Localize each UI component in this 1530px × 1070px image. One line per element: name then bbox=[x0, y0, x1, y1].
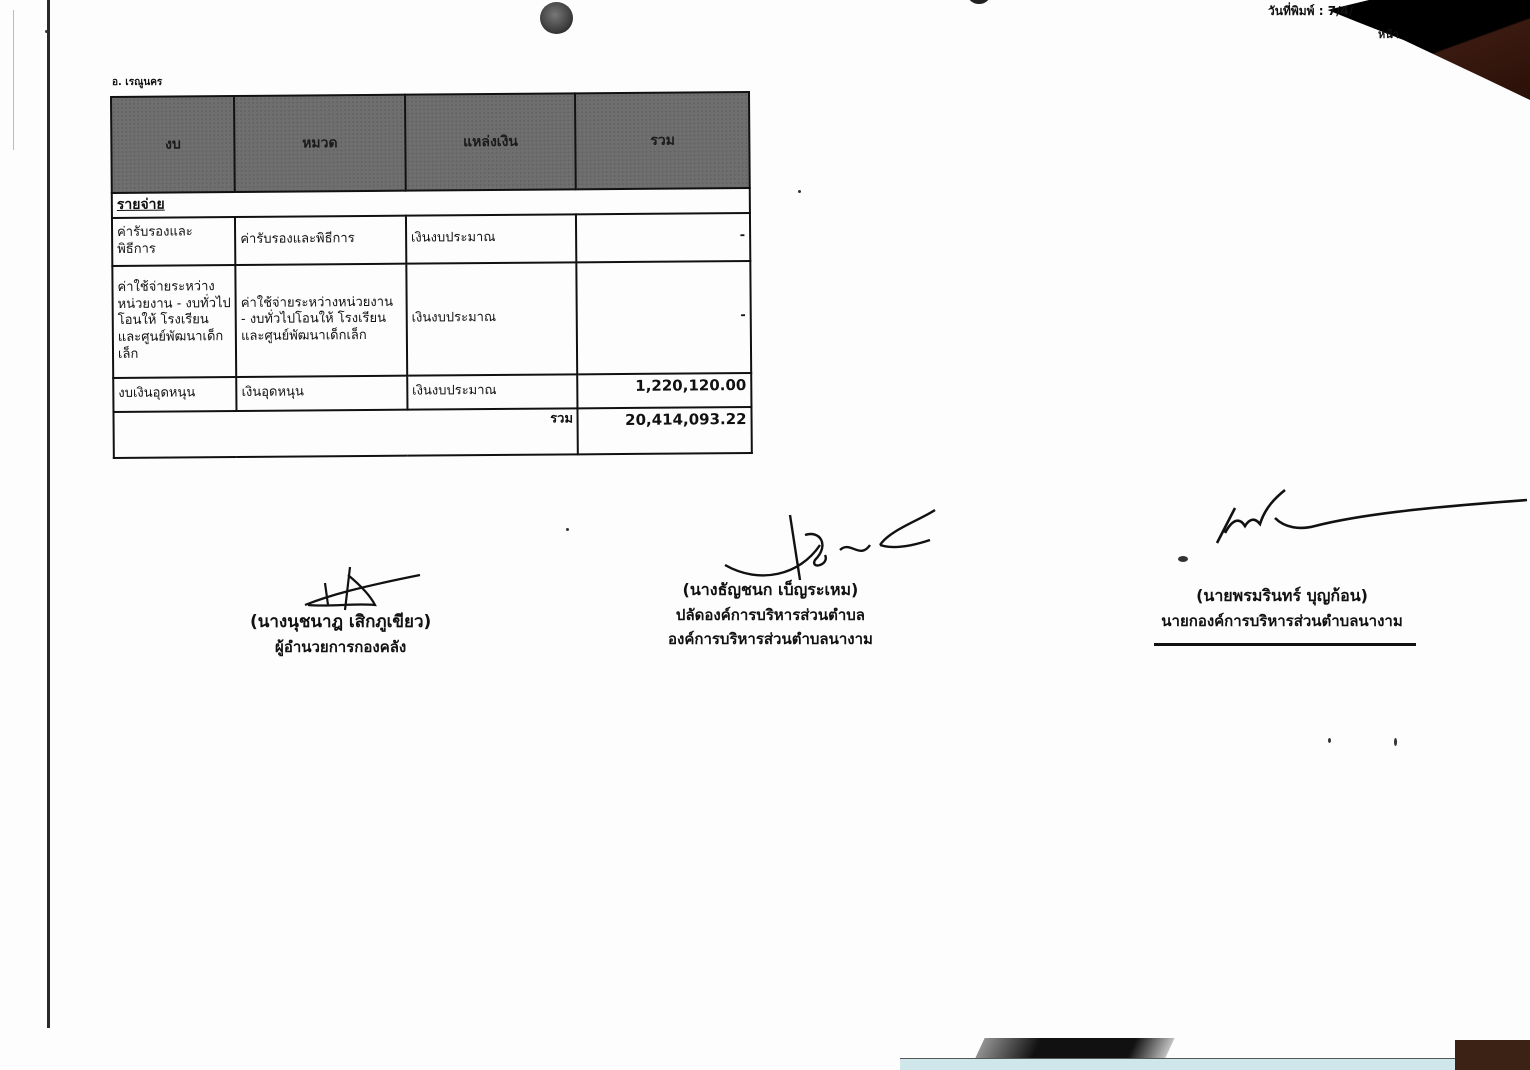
cell-total: - bbox=[577, 261, 751, 374]
cell-source: เงินงบประมาณ bbox=[406, 214, 577, 263]
signature-block-chief-administrator: (นางธัญชนก เบ็ญระเหม) ปลัดองค์การบริหารส… bbox=[668, 578, 873, 651]
background-surface bbox=[1455, 1040, 1530, 1070]
district-label: อ. เรณูนคร bbox=[112, 75, 162, 90]
budget-table: งบ หมวด แหล่งเงิน รวม รายจ่าย ค่ารับรองแ… bbox=[110, 91, 753, 459]
scan-speck bbox=[1328, 738, 1331, 743]
scan-edge-line bbox=[13, 10, 14, 150]
cell-total: 1,220,120.00 bbox=[578, 373, 752, 408]
cell-category: ค่าใช้จ่ายระหว่างหน่วยงาน - งบทั่วไปโอนใ… bbox=[236, 264, 407, 377]
header-budget: งบ bbox=[111, 96, 235, 193]
signer-name: (นายพรมรินทร์ บุญก้อน) bbox=[1148, 584, 1416, 609]
scan-speck bbox=[45, 30, 48, 33]
table-row: งบเงินอุดหนุน เงินอุดหนุน เงินงบประมาณ 1… bbox=[113, 373, 751, 412]
cell-category: เงินอุดหนุน bbox=[236, 376, 407, 411]
cell-source: เงินงบประมาณ bbox=[407, 374, 578, 409]
signer-name: (นางนุชนาฎ เสิกภูเขียว) bbox=[250, 608, 431, 635]
punch-hole bbox=[540, 2, 573, 34]
cell-budget: ค่าใช้จ่ายระหว่างหน่วยงาน - งบทั่วไปโอนใ… bbox=[112, 265, 236, 378]
page-left-edge bbox=[47, 0, 50, 1028]
page-number: หน้า bbox=[1378, 25, 1399, 43]
grand-total-value: 20,414,093.22 bbox=[578, 407, 752, 454]
header-category: หมวด bbox=[234, 95, 405, 192]
signature-stroke bbox=[720, 505, 940, 585]
header-source: แหล่งเงิน bbox=[405, 93, 576, 190]
cell-budget: ค่ารับรองและพิธีการ bbox=[112, 217, 236, 266]
header-total: รวม bbox=[575, 92, 749, 189]
cell-source: เงินงบประมาณ bbox=[406, 262, 578, 375]
signer-title: ปลัดองค์การบริหารส่วนตำบล bbox=[668, 603, 873, 627]
grand-total-row: รวม 20,414,093.22 bbox=[113, 407, 751, 458]
print-date: วันที่พิมพ์ : 7/4/ bbox=[1268, 2, 1353, 21]
page-shadow bbox=[975, 1038, 1174, 1058]
grand-total-label: รวม bbox=[113, 408, 578, 458]
table-header-row: งบ หมวด แหล่งเงิน รวม bbox=[111, 92, 750, 193]
scan-speck bbox=[798, 190, 801, 193]
signer-title: ผู้อำนวยการกองคลัง bbox=[250, 635, 431, 659]
signature-stroke bbox=[1215, 488, 1530, 548]
scan-speck bbox=[1394, 738, 1397, 746]
title-underline bbox=[1154, 643, 1416, 646]
signer-name: (นางธัญชนก เบ็ญระเหม) bbox=[668, 578, 873, 603]
section-label-expenses: รายจ่าย bbox=[117, 197, 165, 213]
punch-hole bbox=[968, 0, 990, 4]
signer-organization: องค์การบริหารส่วนตำบลนางาม bbox=[668, 627, 873, 651]
signature-block-finance-director: (นางนุชนาฎ เสิกภูเขียว) ผู้อำนวยการกองคล… bbox=[250, 608, 431, 659]
cell-category: ค่ารับรองและพิธีการ bbox=[235, 216, 406, 265]
scan-speck bbox=[566, 528, 569, 531]
table-row: ค่าใช้จ่ายระหว่างหน่วยงาน - งบทั่วไปโอนใ… bbox=[112, 261, 751, 378]
signature-block-mayor: (นายพรมรินทร์ บุญก้อน) นายกองค์การบริหาร… bbox=[1148, 584, 1416, 646]
cell-budget: งบเงินอุดหนุน bbox=[113, 377, 236, 412]
signer-title: นายกองค์การบริหารส่วนตำบลนางาม bbox=[1148, 609, 1416, 633]
cell-total: - bbox=[576, 213, 750, 262]
table-row: ค่ารับรองและพิธีการ ค่ารับรองและพิธีการ … bbox=[112, 213, 750, 266]
next-page-strip bbox=[900, 1058, 1460, 1070]
scan-speck bbox=[1178, 556, 1188, 562]
